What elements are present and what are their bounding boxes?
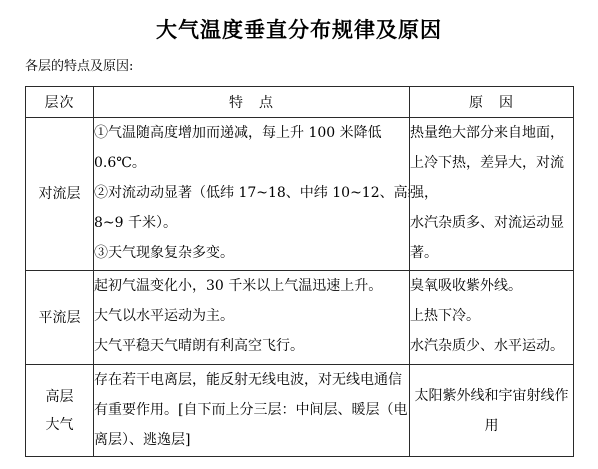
table-row-troposphere: 对流层 ①气温随高度增加而递减，每上升 100 米降低 0.6℃。 ②对流动动显… [26,118,574,271]
layer-name-cell: 平流层 [26,271,94,365]
text-line: 上冷下热，差异大，对流 [410,148,573,178]
page-title: 大气温度垂直分布规律及原因 [0,0,598,45]
text-line: ②对流动动显著（低纬 17~18、中纬 10~12、高纬 [94,178,409,208]
layer-name: 大气 [26,411,93,439]
text-line: 强， [410,178,573,208]
text-line: 上热下冷。 [410,301,573,331]
document-page: 大气温度垂直分布规律及原因 各层的特点及原因: 层次 特 点 原 因 对流层 ①… [0,0,598,469]
cause-cell: 臭氧吸收紫外线。 上热下冷。 水汽杂质少、水平运动。 [410,271,574,365]
col-header-layer: 层次 [26,87,94,118]
layer-name-cell: 对流层 [26,118,94,271]
text-line: 大气平稳天气晴朗有利高空飞行。 [94,331,409,361]
layers-table: 层次 特 点 原 因 对流层 ①气温随高度增加而递减，每上升 100 米降低 0… [25,86,574,457]
text-line: 0.6℃。 [94,148,409,178]
text-line: 大气以水平运动为主。 [94,301,409,331]
cause-cell: 太阳紫外线和宇宙射线作 用 [410,365,574,457]
layer-name: 高层 [26,383,93,411]
col-header-feature: 特 点 [94,87,410,118]
text-line: 存在若干电离层，能反射无线电波，对无线电通信 [94,365,409,395]
table-row-upper-atmosphere: 高层 大气 存在若干电离层，能反射无线电波，对无线电通信 有重要作用。[自下而上… [26,365,574,457]
col-header-cause: 原 因 [410,87,574,118]
text-line: 水汽杂质少、水平运动。 [410,331,573,361]
text-line: 热量绝大部分来自地面， [410,118,573,148]
feature-cell: 存在若干电离层，能反射无线电波，对无线电通信 有重要作用。[自下而上分三层：中间… [94,365,410,457]
layer-name: 对流层 [26,180,93,208]
text-line: 离层）、逃逸层] [94,425,409,455]
text-line: 水汽杂质多、对流运动显 [410,208,573,238]
text-line: 著。 [410,238,573,268]
text-line: 8~9 千米）。 [94,208,409,238]
text-line: 臭氧吸收紫外线。 [410,271,573,301]
layer-name: 平流层 [26,304,93,332]
feature-cell: ①气温随高度增加而递减，每上升 100 米降低 0.6℃。 ②对流动动显著（低纬… [94,118,410,271]
table-row-stratosphere: 平流层 起初气温变化小，30 千米以上气温迅速上升。 大气以水平运动为主。 大气… [26,271,574,365]
feature-cell: 起初气温变化小，30 千米以上气温迅速上升。 大气以水平运动为主。 大气平稳天气… [94,271,410,365]
text-line: 起初气温变化小，30 千米以上气温迅速上升。 [94,271,409,301]
header-row: 层次 特 点 原 因 [26,87,574,118]
section-label: 各层的特点及原因: [25,58,598,75]
text-line: 有重要作用。[自下而上分三层：中间层、暖层（电 [94,395,409,425]
text-line: 太阳紫外线和宇宙射线作 [414,381,569,411]
cause-cell: 热量绝大部分来自地面， 上冷下热，差异大，对流 强， 水汽杂质多、对流运动显 著… [410,118,574,271]
text-line: 用 [414,411,569,441]
text-line: ③天气现象复杂多变。 [94,238,409,268]
layer-name-cell: 高层 大气 [26,365,94,457]
text-line: ①气温随高度增加而递减，每上升 100 米降低 [94,118,409,148]
